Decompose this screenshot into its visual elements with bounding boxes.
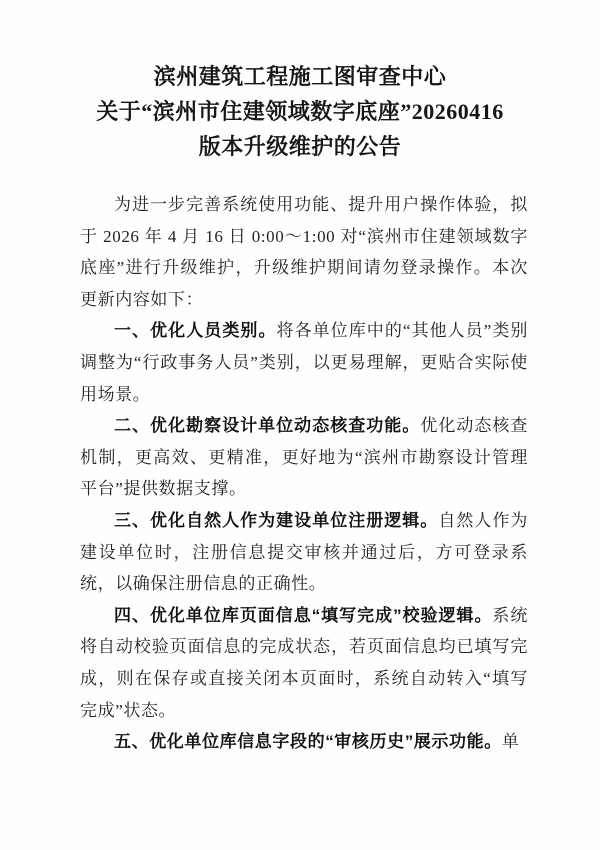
section-2-lead: 二、优化勘察设计单位动态核查功能。 — [114, 416, 420, 435]
section-paragraph-1: 一、优化人员类别。将各单位库中的“其他人员”类别调整为“行政事务人员”类别，以更… — [80, 315, 528, 410]
section-paragraph-2: 二、优化勘察设计单位动态核查功能。优化动态核查机制，更高效、更精准，更好地为“滨… — [80, 410, 528, 505]
notice-body: 为进一步完善系统使用功能、提升用户操作体验，拟于 2026 年 4 月 16 日… — [80, 189, 528, 758]
notice-title-line-3: 版本升级维护的公告 — [0, 129, 600, 164]
notice-title-line-1: 滨州建筑工程施工图审查中心 — [0, 59, 600, 94]
notice-title: 滨州建筑工程施工图审查中心 关于“滨州市住建领域数字底座”20260416 版本… — [0, 59, 600, 164]
section-paragraph-3: 三、优化自然人作为建设单位注册逻辑。自然人作为建设单位时，注册信息提交审核并通过… — [80, 505, 528, 600]
notice-title-line-2: 关于“滨州市住建领域数字底座”20260416 — [0, 94, 600, 129]
section-5-text: 单 — [502, 732, 520, 751]
section-5-lead: 五、优化单位库信息字段的“审核历史”展示功能。 — [114, 732, 502, 751]
section-paragraph-5: 五、优化单位库信息字段的“审核历史”展示功能。单 — [80, 726, 528, 758]
section-paragraph-4: 四、优化单位库页面信息“填写完成”校验逻辑。系统将自动校验页面信息的完成状态，若… — [80, 600, 528, 726]
intro-paragraph: 为进一步完善系统使用功能、提升用户操作体验，拟于 2026 年 4 月 16 日… — [80, 189, 528, 315]
section-4-lead: 四、优化单位库页面信息“填写完成”校验逻辑。 — [114, 606, 492, 625]
document-page: 滨州建筑工程施工图审查中心 关于“滨州市住建领域数字底座”20260416 版本… — [0, 0, 600, 850]
section-1-lead: 一、优化人员类别。 — [114, 321, 277, 340]
section-3-lead: 三、优化自然人作为建设单位注册逻辑。 — [114, 511, 438, 530]
